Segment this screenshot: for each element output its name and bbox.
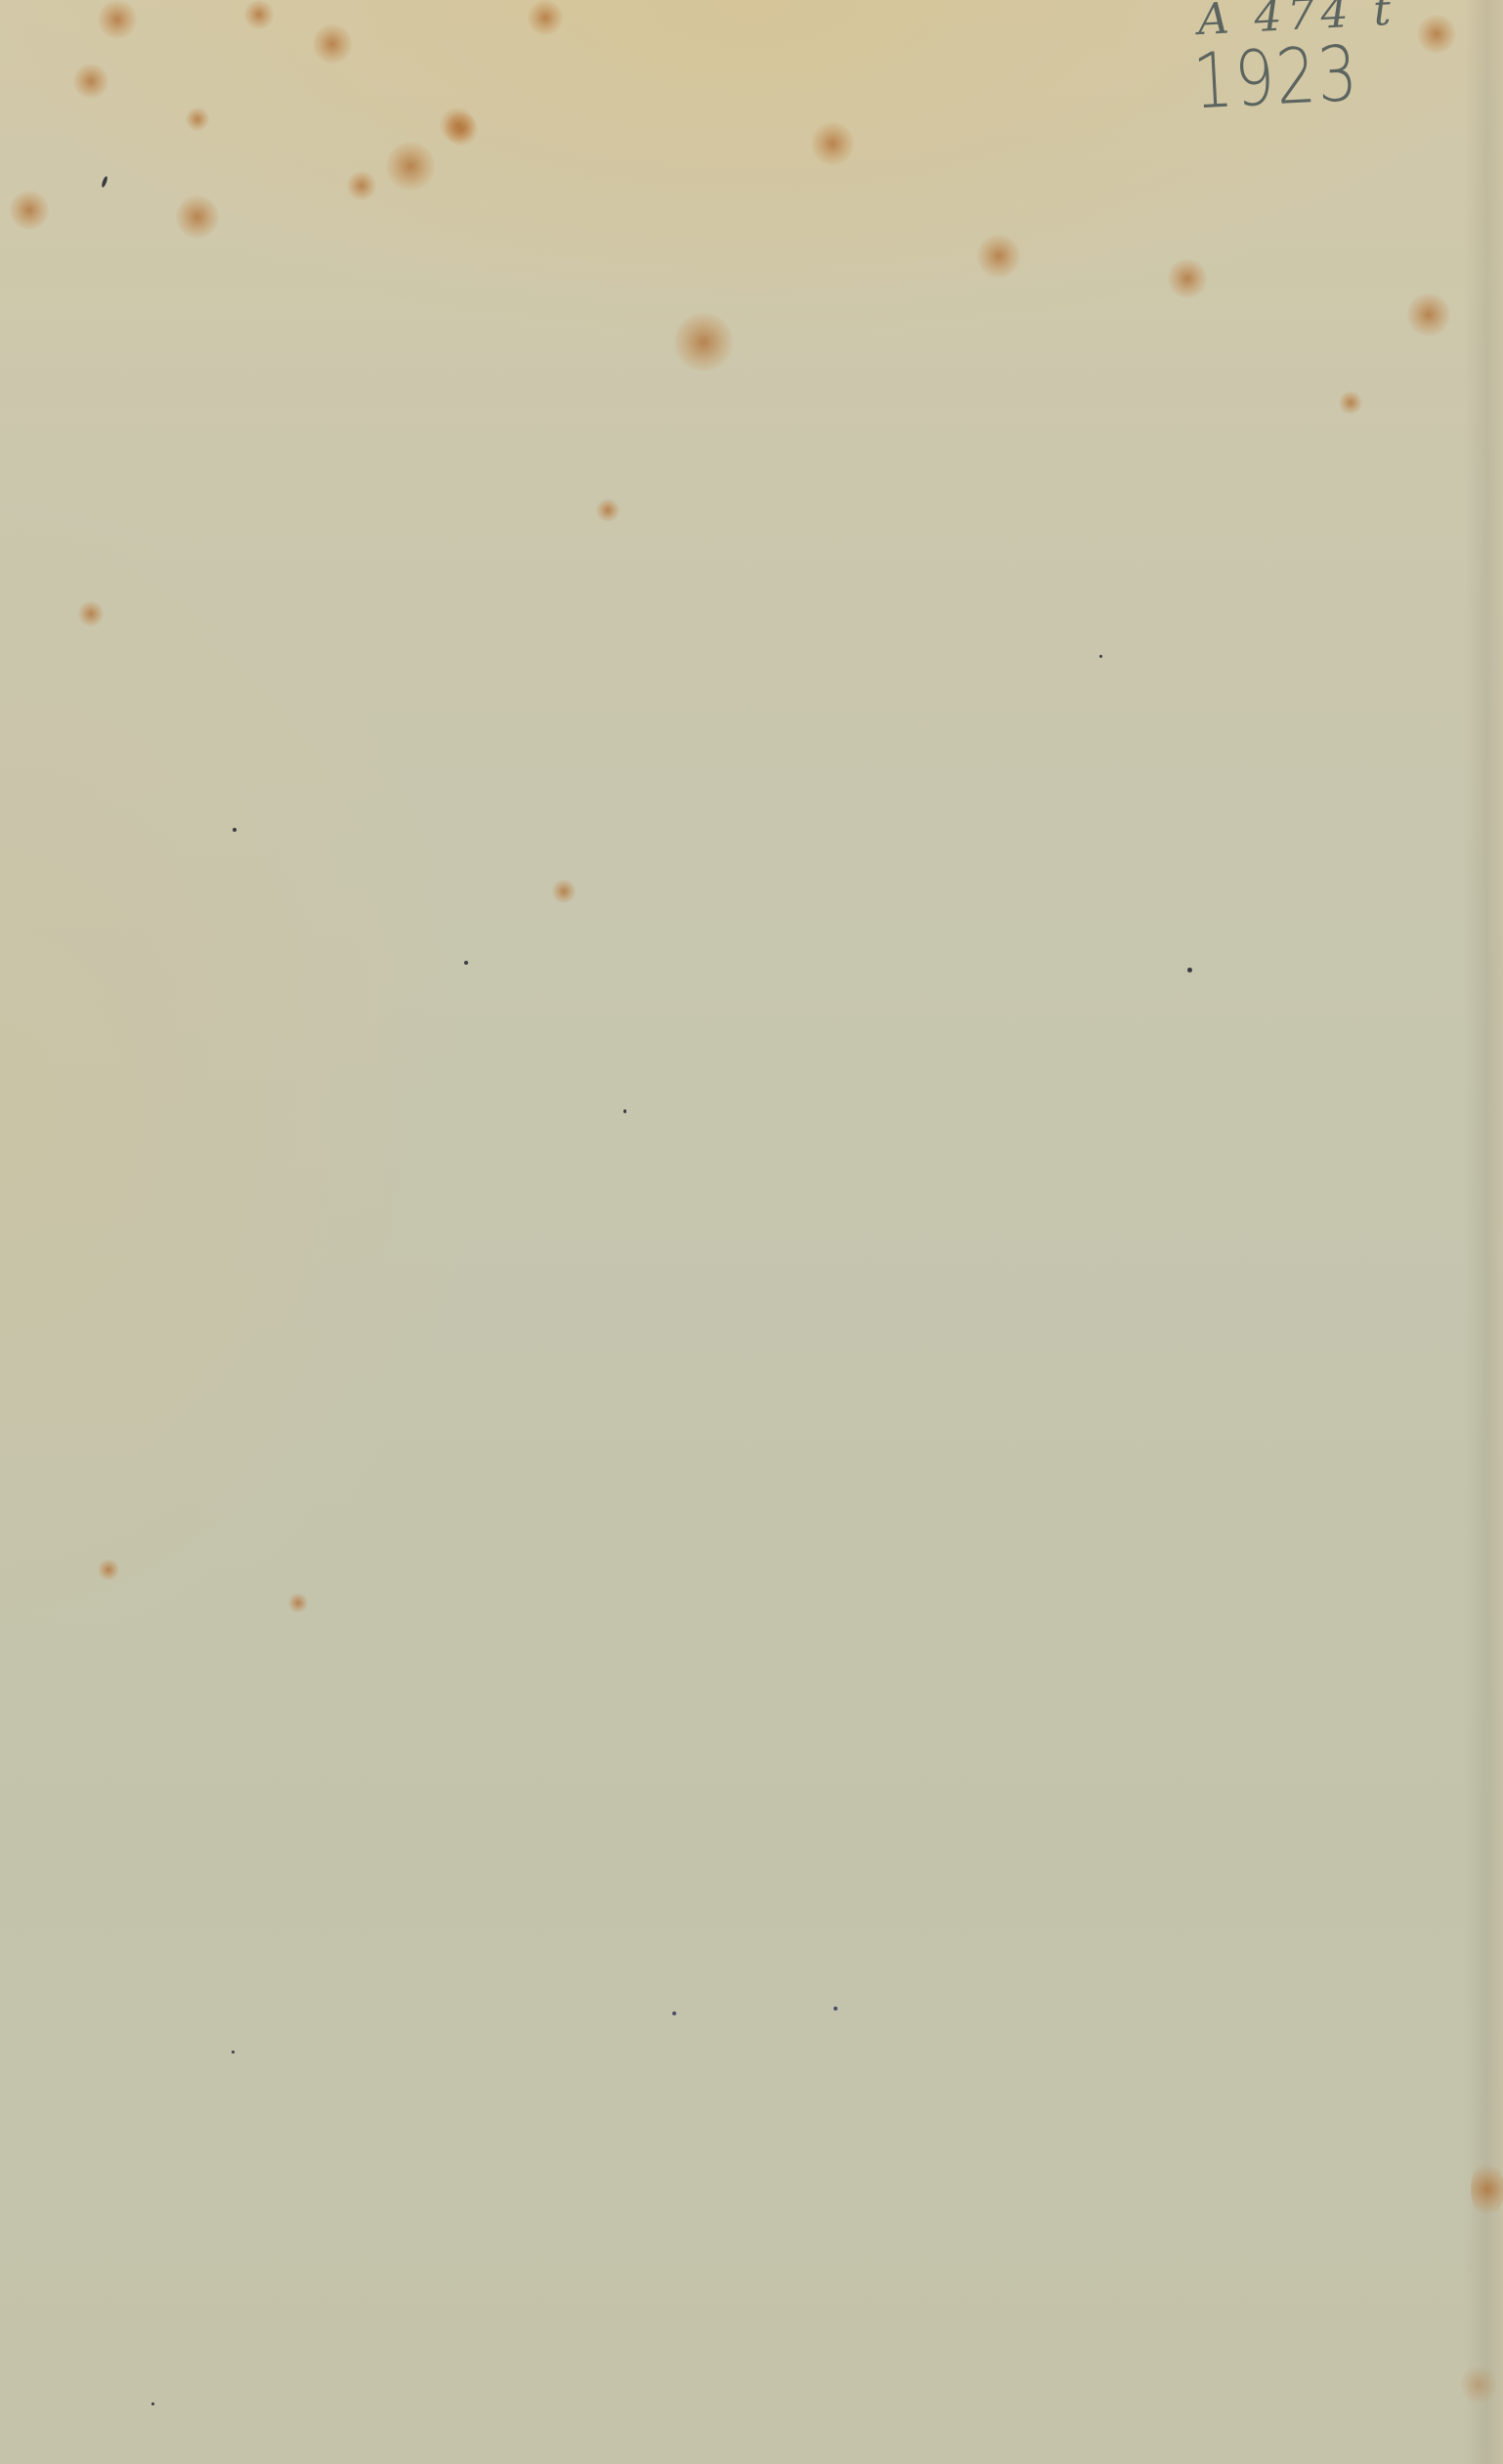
foxing-stain: [10, 191, 49, 230]
paper-speck: [672, 2011, 676, 2015]
foxing-stain: [552, 880, 576, 903]
foxing-stain: [1168, 259, 1207, 298]
foxing-stain: [386, 142, 435, 191]
foxing-stain: [596, 498, 620, 522]
foxing-stain: [288, 1593, 308, 1613]
foxing-stain: [674, 313, 733, 371]
foxing-stain: [1461, 2365, 1496, 2404]
page-edge-shadow: [1464, 0, 1503, 2464]
foxing-stain: [347, 171, 376, 200]
paper-speck: [233, 828, 236, 832]
paper-speck: [464, 961, 468, 965]
paper-speck: [151, 2402, 154, 2405]
paper-speck: [101, 176, 108, 189]
foxing-stain: [528, 0, 563, 35]
foxing-stain: [1407, 293, 1450, 336]
foxing-stain: [78, 601, 104, 627]
foxing-stain: [977, 235, 1020, 278]
foxing-stain: [73, 64, 108, 99]
foxing-stain: [1339, 391, 1362, 414]
foxing-stain: [445, 112, 478, 146]
foxing-stain: [1471, 2160, 1503, 2219]
foxing-stain: [244, 0, 274, 29]
foxing-stain: [98, 0, 137, 39]
foxing-stain: [811, 122, 854, 165]
paper-speck: [834, 2007, 837, 2010]
paper-speck: [1187, 968, 1192, 973]
year-text: 1923: [1191, 35, 1364, 120]
handwritten-annotation: A 474 t 1923: [1189, 0, 1401, 120]
foxing-stain: [98, 1559, 119, 1580]
foxing-stain: [313, 24, 352, 64]
paper-page: A 474 t 1923: [0, 0, 1503, 2464]
foxing-stain: [186, 108, 209, 131]
foxing-stain: [1417, 15, 1456, 54]
foxing-stain: [176, 195, 219, 238]
paper-speck: [232, 2051, 235, 2053]
paper-speck: [1099, 655, 1102, 658]
paper-speck: [623, 1109, 626, 1113]
